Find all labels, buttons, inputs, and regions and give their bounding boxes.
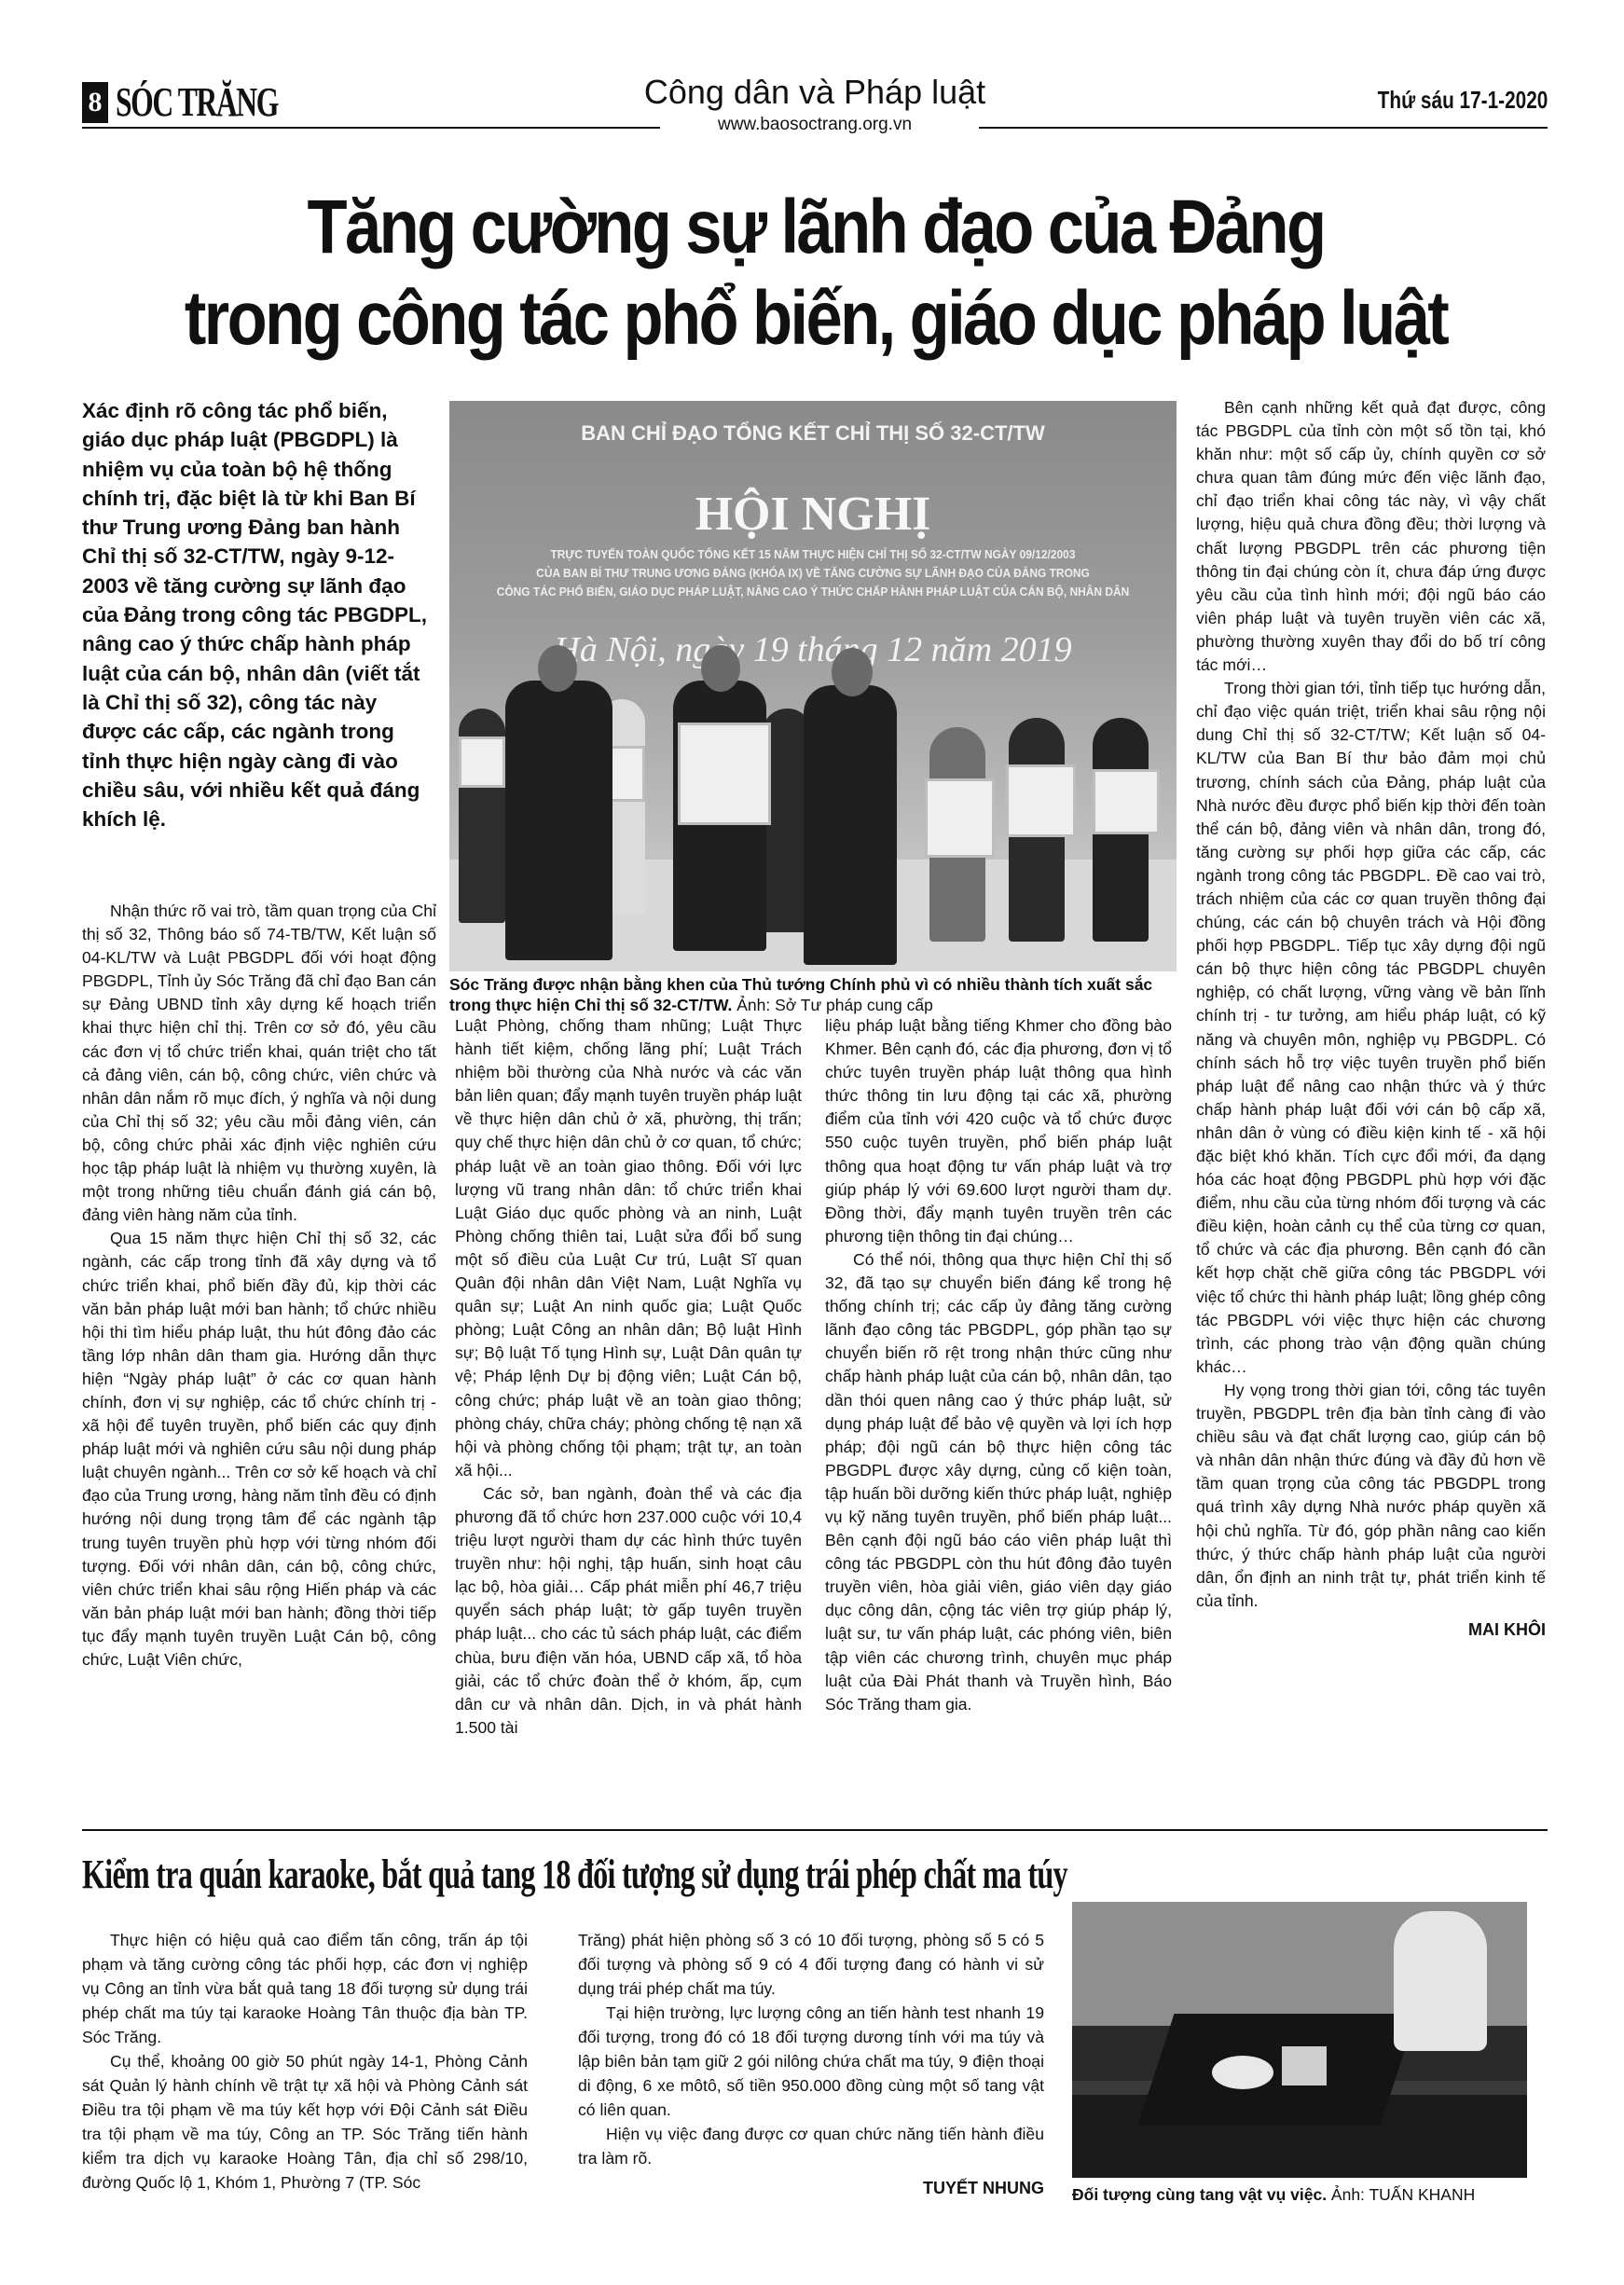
paragraph: liệu pháp luật bằng tiếng Khmer cho đồng… [825,1014,1172,1248]
article-divider [82,1829,1548,1831]
karaoke-raid-photo [1072,1902,1527,2178]
caption-text: Đối tượng cùng tang vật vụ việc. [1072,2185,1327,2204]
certificate-icon [459,736,505,788]
photo-banner-heading: BAN CHỈ ĐẠO TỔNG KẾT CHỈ THỊ SỐ 32-CT/TW [449,421,1177,446]
masthead-rule-left [82,127,660,129]
section-title: Công dân và Pháp luật [82,73,1548,112]
paragraph: Nhận thức rõ vai trò, tầm quan trọng của… [82,900,436,1227]
author-byline: TUYẾT NHUNG [578,2176,1044,2200]
photo-banner-title: HỘI NGHỊ [449,487,1177,542]
photo-caption: Sóc Trăng được nhận bằng khen của Thủ tư… [449,974,1186,1015]
paragraph: Hy vọng trong thời gian tới, công tác tu… [1196,1379,1546,1613]
article-lead: Xác định rõ công tác phổ biến, giáo dục … [82,396,436,833]
author-byline: MAI KHÔI [1196,1618,1546,1642]
paragraph: Hiện vụ việc đang được cơ quan chức năng… [578,2122,1044,2170]
secondary-column-2: Trăng) phát hiện phòng số 3 có 10 đối tư… [578,1928,1044,2200]
paragraph: Tại hiện trường, lực lượng công an tiến … [578,2001,1044,2122]
photo-credit: Ảnh: TUẤN KHANH [1327,2185,1475,2204]
headline-line-1: Tăng cường sự lãnh đạo của Đảng [178,182,1452,273]
issue-date: Thứ sáu 17-1-2020 [1377,86,1548,114]
paragraph: Luật Phòng, chống tham nhũng; Luật Thực … [455,1014,802,1482]
secondary-headline: Kiểm tra quán karaoke, bắt quả tang 18 đ… [82,1851,790,1899]
paragraph: Qua 15 năm thực hiện Chỉ thị số 32, các … [82,1227,436,1672]
article-column-1: Nhận thức rõ vai trò, tầm quan trọng của… [82,900,436,1672]
photo-plate [1212,2056,1273,2089]
certificate-icon [925,778,995,858]
person-head [538,645,577,692]
masthead-rule-right [979,127,1548,129]
headline-line-2: trong công tác phổ biến, giáo dục pháp l… [178,273,1452,365]
article-column-2: Luật Phòng, chống tham nhũng; Luật Thực … [455,1014,802,1740]
paragraph: Các sở, ban ngành, đoàn thể và các địa p… [455,1482,802,1740]
photo-table [1138,2014,1417,2126]
website-link[interactable]: www.baosoctrang.org.vn [82,116,1548,134]
masthead: 8 SÓC TRĂNG Công dân và Pháp luật www.ba… [82,75,1548,131]
article-column-4: Bên cạnh những kết quả đạt được, công tá… [1196,396,1546,1642]
paragraph: Trong thời gian tới, tỉnh tiếp tục hướng… [1196,677,1546,1379]
person-figure [1394,1911,1487,2051]
certificate-icon [1093,769,1160,834]
paragraph: Bên cạnh những kết quả đạt được, công tá… [1196,396,1546,677]
paragraph: Thực hiện có hiệu quả cao điểm tấn công,… [82,1928,528,2049]
main-headline: Tăng cường sự lãnh đạo của Đảng trong cô… [75,182,1557,365]
person-head [832,648,873,696]
award-ceremony-photo: BAN CHỈ ĐẠO TỔNG KẾT CHỈ THỊ SỐ 32-CT/TW… [449,401,1177,971]
paragraph: Có thể nói, thông qua thực hiện Chỉ thị … [825,1248,1172,1716]
photo-tissue-box [1282,2046,1327,2085]
person-figure [505,681,612,960]
certificate-icon [678,723,771,825]
photo-banner-subtitle: TRỰC TUYẾN TOÀN QUỐC TỔNG KẾT 15 NĂM THỰ… [490,545,1135,601]
article-column-3: liệu pháp luật bằng tiếng Khmer cho đồng… [825,1014,1172,1716]
photo-credit: Ảnh: Sở Tư pháp cung cấp [732,996,933,1014]
person-figure [804,685,897,965]
certificate-icon [1006,764,1076,837]
paragraph: Cụ thể, khoảng 00 giờ 50 phút ngày 14-1,… [82,2049,528,2195]
photo-caption: Đối tượng cùng tang vật vụ việc. Ảnh: TU… [1072,2184,1538,2205]
person-head [701,645,740,692]
paragraph: Trăng) phát hiện phòng số 3 có 10 đối tư… [578,1928,1044,2001]
secondary-column-1: Thực hiện có hiệu quả cao điểm tấn công,… [82,1928,528,2195]
